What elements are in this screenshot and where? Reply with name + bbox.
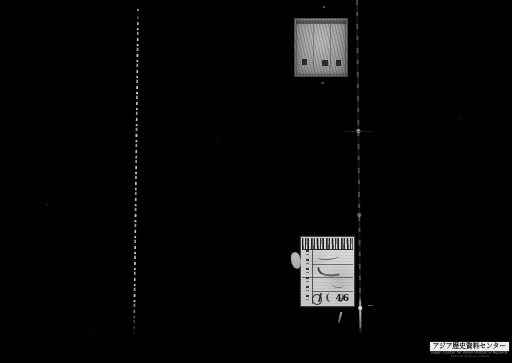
label-top-band (296, 21, 346, 24)
ink-blot (302, 59, 307, 65)
scanned-document-page: 46 アジア歴史資料センター Japan Center for Asian Hi… (0, 0, 512, 363)
label-inner-frame (296, 20, 346, 75)
label-header-band (302, 238, 353, 250)
gutter-highlight (359, 296, 361, 332)
handwriting-stroke (332, 280, 345, 288)
gutter-cross-mark (344, 131, 372, 132)
torn-paper-tab (290, 251, 302, 269)
scan-noise-speck (323, 6, 325, 8)
book-spine-crease (133, 12, 139, 338)
label-column-divider (302, 277, 312, 278)
scan-noise-speck (90, 330, 92, 331)
library-classification-label: 46 (300, 236, 355, 307)
handwriting-stroke (317, 252, 339, 261)
scan-noise-speck (137, 9, 139, 11)
scan-noise-speck (46, 204, 48, 205)
scan-noise-speck (458, 118, 460, 119)
label-number: 46 (335, 294, 350, 304)
cover-title-label (294, 18, 348, 77)
label-column-rule (313, 25, 314, 69)
jacar-watermark-subline: National Archives of Japan (414, 355, 512, 361)
scan-noise-speck (321, 82, 324, 84)
label-column-rule (330, 25, 331, 69)
scratch-mark (338, 312, 343, 323)
label-row-rule (312, 277, 353, 278)
scan-noise-speck (216, 141, 218, 142)
page-gutter-line (356, 0, 361, 334)
scan-noise-speck (368, 305, 373, 306)
gutter-speck (357, 213, 361, 217)
ink-blot (322, 60, 328, 66)
ink-blot (336, 60, 341, 66)
watermark-sub-text: National Archives of Japan (450, 355, 489, 358)
